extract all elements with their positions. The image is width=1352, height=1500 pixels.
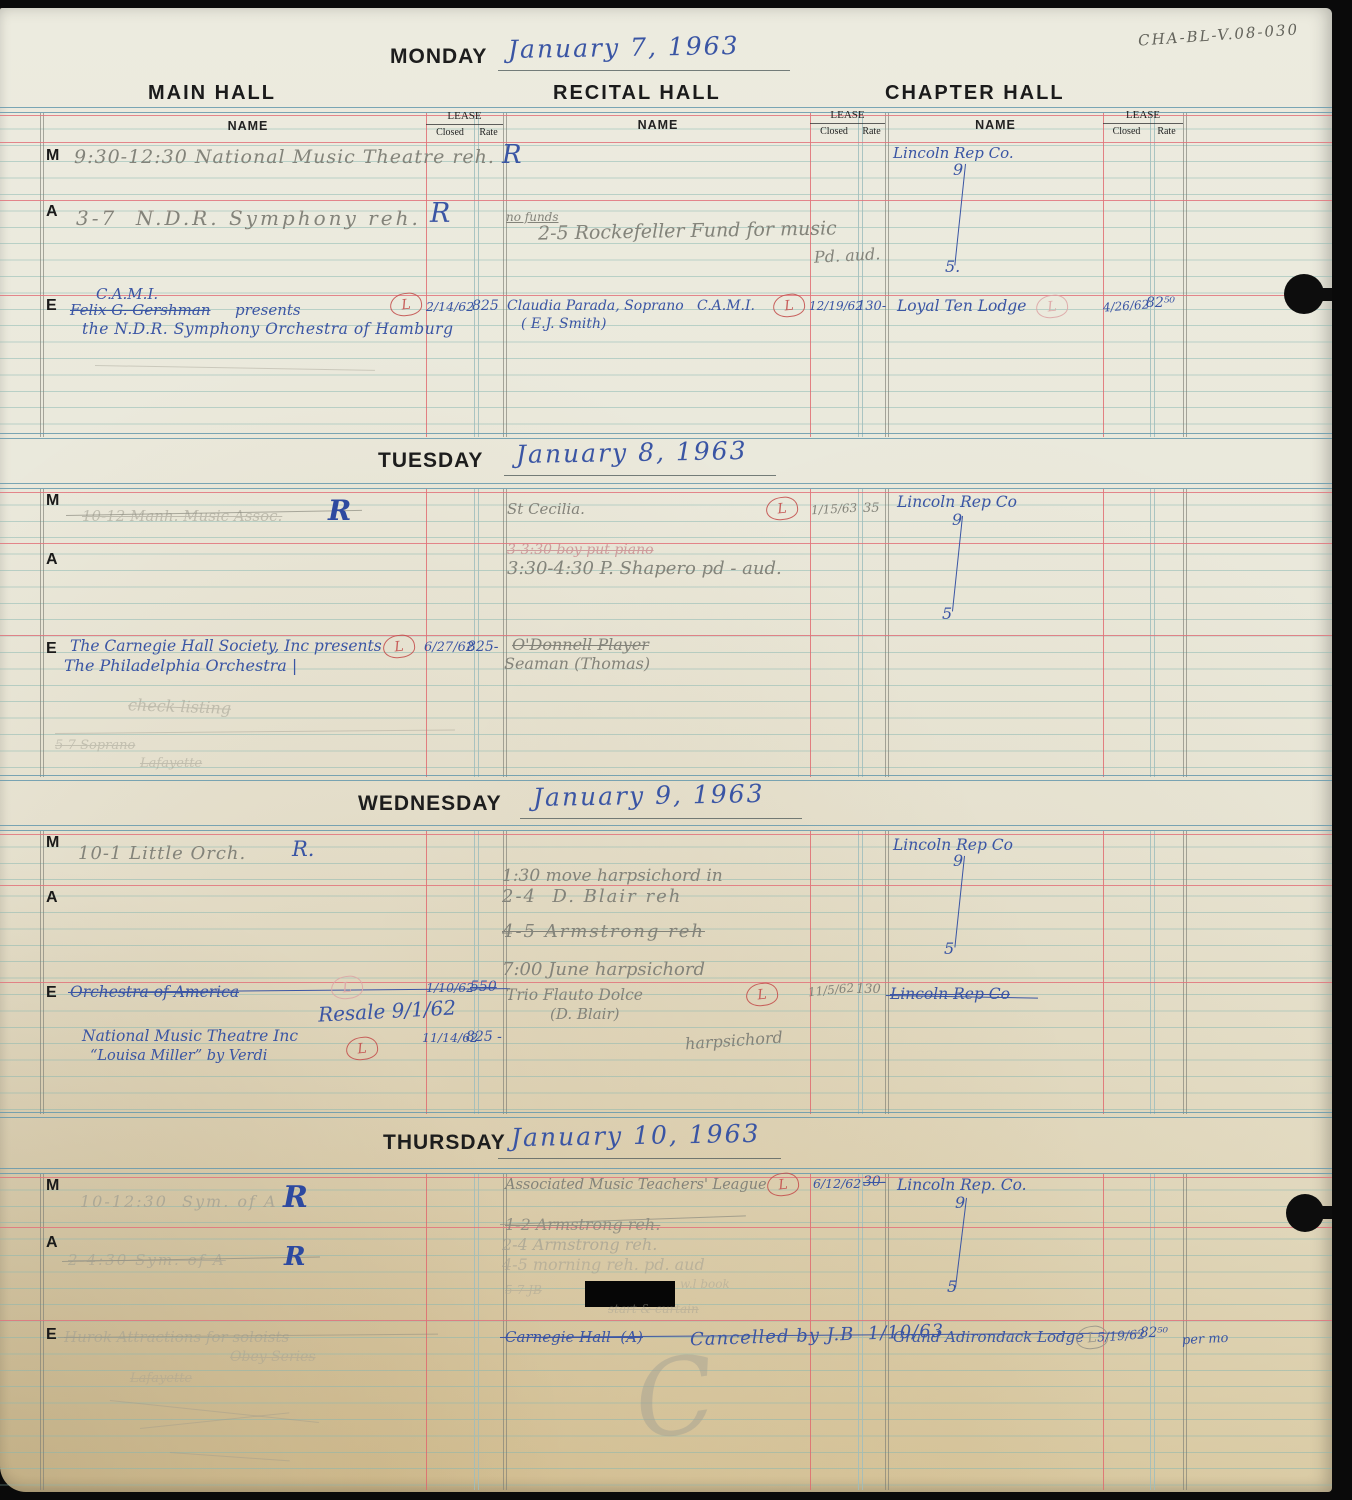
closed-column-header: Closed	[426, 127, 474, 138]
entry-wed-recital-a2: 2-4 D. Blair reh	[502, 887, 682, 907]
rate-column-header: Rate	[858, 126, 885, 137]
row-separator	[0, 834, 1332, 835]
table-top-border	[0, 1168, 1332, 1174]
entry-wed-main-e3: “Louisa Miller” by Verdi	[90, 1048, 267, 1064]
column-rule	[40, 1174, 41, 1490]
mark-r-thu-main-a: R	[284, 1243, 306, 1272]
day-label: TUESDAY	[378, 449, 483, 472]
table-top-border	[0, 825, 1332, 831]
faint-note: w.l book	[680, 1278, 730, 1291]
hall-title-main: MAIN HALL	[148, 82, 276, 105]
name-column-header: NAME	[70, 119, 426, 133]
name-column-header: NAME	[506, 118, 810, 132]
entry-tue-main-e1: The Carnegie Hall Society, Inc presents	[70, 638, 382, 655]
column-rule	[40, 489, 41, 777]
row-separator	[0, 543, 1332, 544]
entry-tue-recital-e1: O'Donnell Player	[512, 636, 649, 654]
column-rule	[1186, 113, 1187, 437]
lease-column-header: LEASE	[426, 110, 503, 122]
column-rule	[1103, 831, 1104, 1114]
column-rule	[1183, 113, 1184, 437]
date-handwritten: January 9, 1963	[533, 779, 765, 812]
date-handwritten: January 7, 1963	[508, 31, 740, 64]
entry-thu-main-morning: 10-12:30 Sym. of A	[80, 1193, 278, 1211]
column-rule	[426, 831, 427, 1114]
note-pd-aud: Pd. aud.	[814, 245, 881, 266]
column-rule	[426, 489, 427, 777]
row-marker-a: A	[46, 1234, 58, 1252]
lease-rate: 130	[856, 983, 881, 998]
column-rule	[888, 113, 889, 437]
lease-rate: 825 -	[466, 1030, 502, 1046]
column-rule	[43, 489, 44, 777]
column-rule	[1183, 1174, 1184, 1490]
column-rule	[1150, 489, 1151, 777]
time-start-9: 9	[953, 852, 963, 870]
lease-rate: 825-	[467, 640, 498, 656]
day-label: THURSDAY	[383, 1131, 506, 1154]
column-rule	[40, 113, 41, 437]
column-rule	[1183, 831, 1184, 1114]
column-rule	[1103, 489, 1104, 777]
day-header-thursday: THURSDAY	[383, 1131, 506, 1155]
entry-tue-recital-a2: 3:30-4:30 P. Shapero pd - aud.	[507, 559, 782, 579]
column-rule	[858, 489, 859, 777]
column-rule	[1154, 489, 1155, 777]
closed-column-header: Closed	[810, 126, 858, 137]
time-end-5: 5.	[945, 258, 960, 276]
column-rule	[506, 489, 507, 777]
row-marker-e: E	[46, 640, 57, 658]
column-rule	[862, 113, 863, 437]
column-rule	[43, 831, 44, 1114]
column-rule	[478, 1174, 479, 1490]
column-rule	[888, 831, 889, 1114]
mark-r-wed-main: R.	[292, 838, 315, 862]
column-rule	[1154, 831, 1155, 1114]
note-5-7-soprano: 5-7 Soprano	[55, 739, 135, 754]
faint-note: start & curtain	[608, 1303, 699, 1316]
column-rule	[43, 1174, 44, 1490]
column-rule	[503, 489, 504, 777]
column-rule	[503, 1174, 504, 1490]
day-table-1	[0, 489, 1332, 777]
entry-felix-gershman: Felix G. Gershman	[70, 302, 211, 319]
row-separator	[0, 200, 1332, 201]
entry-thu-recital-a1: 2-4 Armstrong reh.	[502, 1236, 657, 1254]
scan-edge-right	[1332, 0, 1352, 1500]
row-separator	[0, 1227, 1332, 1228]
mark-r-mon-main-afternoon: R	[430, 199, 450, 229]
table-top-border	[0, 483, 1332, 489]
date-underline	[520, 818, 802, 819]
lease-closed-date: 12/19/62	[809, 300, 863, 313]
rate-column-header: Rate	[1150, 126, 1183, 137]
row-marker-m: M	[46, 1177, 59, 1195]
entry-wed-recital-a4: 7:00 June harpsichord	[502, 960, 705, 980]
date-handwritten: January 8, 1963	[516, 436, 748, 469]
column-rule	[40, 831, 41, 1114]
row-marker-e: E	[46, 297, 57, 315]
time-end-5: 5	[942, 605, 952, 623]
row-marker-m: M	[46, 492, 59, 510]
lease-rate: 82⁵⁰	[1146, 296, 1175, 312]
scan-edge-top	[0, 0, 1352, 8]
lease-rate: 550	[470, 980, 497, 996]
column-rule	[1186, 831, 1187, 1114]
column-rule	[858, 831, 859, 1114]
column-rule	[1154, 113, 1155, 437]
column-rule	[1103, 113, 1104, 437]
column-rule	[478, 489, 479, 777]
lease-header-rule	[426, 124, 503, 125]
entry-mon-chapter-evening: Loyal Ten Lodge	[897, 298, 1026, 315]
lease-closed-date: 1/15/63	[811, 502, 858, 518]
closed-column-header: Closed	[1103, 126, 1150, 137]
row-marker-a: A	[46, 203, 58, 221]
entry-wed-recital-a3: 4-5 Armstrong reh	[502, 922, 705, 942]
hall-title-chapter: CHAPTER HALL	[885, 82, 1065, 105]
entry-presents: presents	[235, 302, 301, 319]
time-start-9: 9	[953, 161, 963, 179]
entry-tue-recital-a1: 3-3:30 boy put piano	[507, 543, 654, 559]
lease-header-rule	[810, 123, 885, 124]
column-rule	[810, 113, 811, 437]
entry-wed-recital-e2: (D. Blair)	[550, 1006, 619, 1023]
note-per-mo: per mo	[1182, 1332, 1229, 1349]
column-rule	[1150, 113, 1151, 437]
row-marker-a: A	[46, 551, 58, 569]
column-rule	[1183, 489, 1184, 777]
entry-thu-chapter-evening: Grand Adirondack Lodge	[893, 1329, 1084, 1346]
column-rule	[474, 831, 475, 1114]
lease-rate: 30-	[863, 1175, 886, 1191]
scan-edge-bottom	[0, 1492, 1352, 1500]
column-rule	[885, 831, 886, 1114]
entry-tue-recital-morning: St Cecilia.	[507, 501, 585, 518]
entry-wed-main-morning: 10-1 Little Orch.	[78, 844, 246, 864]
column-rule	[474, 1174, 475, 1490]
day-header-wednesday: WEDNESDAY	[358, 792, 502, 816]
lease-header-rule	[1103, 123, 1183, 124]
lease-column-header: LEASE	[810, 109, 885, 121]
faint-note: Obey Series	[230, 1350, 316, 1366]
day-label: MONDAY	[390, 45, 487, 68]
row-separator	[0, 295, 1332, 296]
lease-closed-date: 1/10/62	[426, 981, 474, 995]
entry-thu-recital-morning: Associated Music Teachers' League	[505, 1177, 767, 1193]
date-underline	[498, 70, 790, 71]
column-rule	[862, 489, 863, 777]
row-marker-m: M	[46, 834, 59, 852]
mark-r-thu-main-m: R	[283, 1181, 308, 1215]
lease-rate: 35	[863, 502, 880, 517]
row-separator	[0, 492, 1332, 493]
note-check-listing: check listing	[128, 696, 232, 717]
column-rule	[43, 113, 44, 437]
column-rule	[474, 489, 475, 777]
date-handwritten: January 10, 1963	[511, 1119, 761, 1152]
mark-big-c: C	[627, 1335, 723, 1463]
column-rule	[810, 489, 811, 777]
day-header-tuesday: TUESDAY	[378, 449, 483, 473]
column-rule	[1150, 831, 1151, 1114]
row-marker-a: A	[46, 889, 58, 907]
time-end-5: 5	[944, 940, 954, 958]
day-label: WEDNESDAY	[358, 792, 502, 815]
date-underline	[498, 1158, 781, 1159]
entry-mon-recital-evening: Claudia Parada, Soprano C.A.M.I.	[507, 299, 755, 315]
entry-wed-recital-e1: Trio Flauto Dolce	[506, 987, 643, 1004]
lease-rate: 130-	[857, 300, 886, 315]
entry-mon-main-morning: 9:30-12:30 National Music Theatre reh.	[74, 147, 495, 168]
entry-thu-chapter-morning: Lincoln Rep. Co.	[897, 1177, 1027, 1194]
column-rule	[888, 489, 889, 777]
entry-wed-recital-a1: 1:30 move harpsichord in	[502, 867, 723, 886]
entry-ndr-hamburg: the N.D.R. Symphony Orchestra of Hamburg	[82, 321, 454, 338]
rate-column-header: Rate	[474, 127, 503, 138]
column-rule	[426, 1174, 427, 1490]
note-lafayette: Lafayette	[140, 757, 202, 772]
column-rule	[885, 489, 886, 777]
entry-ej-smith: ( E.J. Smith)	[521, 317, 606, 333]
entry-wed-main-e2: National Music Theatre Inc	[82, 1028, 298, 1045]
entry-tue-recital-e2: Seaman (Thomas)	[504, 655, 650, 673]
row-separator	[0, 142, 1332, 143]
lease-rate: 82⁵⁰	[1140, 1326, 1168, 1341]
column-rule	[810, 831, 811, 1114]
lease-closed-date: 2/14/62	[426, 300, 474, 314]
column-rule	[478, 831, 479, 1114]
time-end-5: 5	[947, 1278, 957, 1296]
name-column-header: NAME	[888, 118, 1103, 132]
column-rule	[862, 831, 863, 1114]
entry-thu-recital-a2: 4-5 morning reh. pd. aud	[502, 1256, 705, 1274]
row-marker-m: M	[46, 147, 59, 165]
lease-closed-date: 6/12/62	[813, 1177, 861, 1191]
entry-tue-main-e2: The Philadelphia Orchestra |	[64, 657, 297, 675]
ledger-scan-page: MAEMAEMAEMAE CHA-BL-V.08-030 MONDAY Janu…	[0, 0, 1352, 1500]
column-rule	[885, 113, 886, 437]
mark-r-tue-main: R	[328, 495, 351, 526]
day-header-monday: MONDAY	[390, 45, 487, 69]
lease-rate: 825	[472, 299, 499, 315]
row-marker-e: E	[46, 1326, 57, 1344]
date-underline	[504, 475, 776, 476]
lease-column-header: LEASE	[1103, 109, 1183, 121]
entry-mon-main-afternoon: 3-7 N.D.R. Symphony reh.	[76, 207, 421, 229]
hall-title-recital: RECITAL HALL	[553, 82, 721, 105]
table-bottom-border	[0, 1112, 1332, 1118]
mark-r-mon-main-morning: R	[502, 141, 522, 170]
entry-tue-chapter-morning: Lincoln Rep Co	[897, 494, 1017, 511]
row-separator	[0, 1320, 1332, 1321]
faint-note: 5-7 JB	[505, 1284, 542, 1297]
column-rule	[858, 113, 859, 437]
faint-note: Lafayette	[130, 1372, 192, 1387]
column-rule	[1186, 489, 1187, 777]
entry-tue-main-morning: 10-12 Manh. Music Assoc.	[82, 508, 282, 525]
row-marker-e: E	[46, 984, 57, 1002]
